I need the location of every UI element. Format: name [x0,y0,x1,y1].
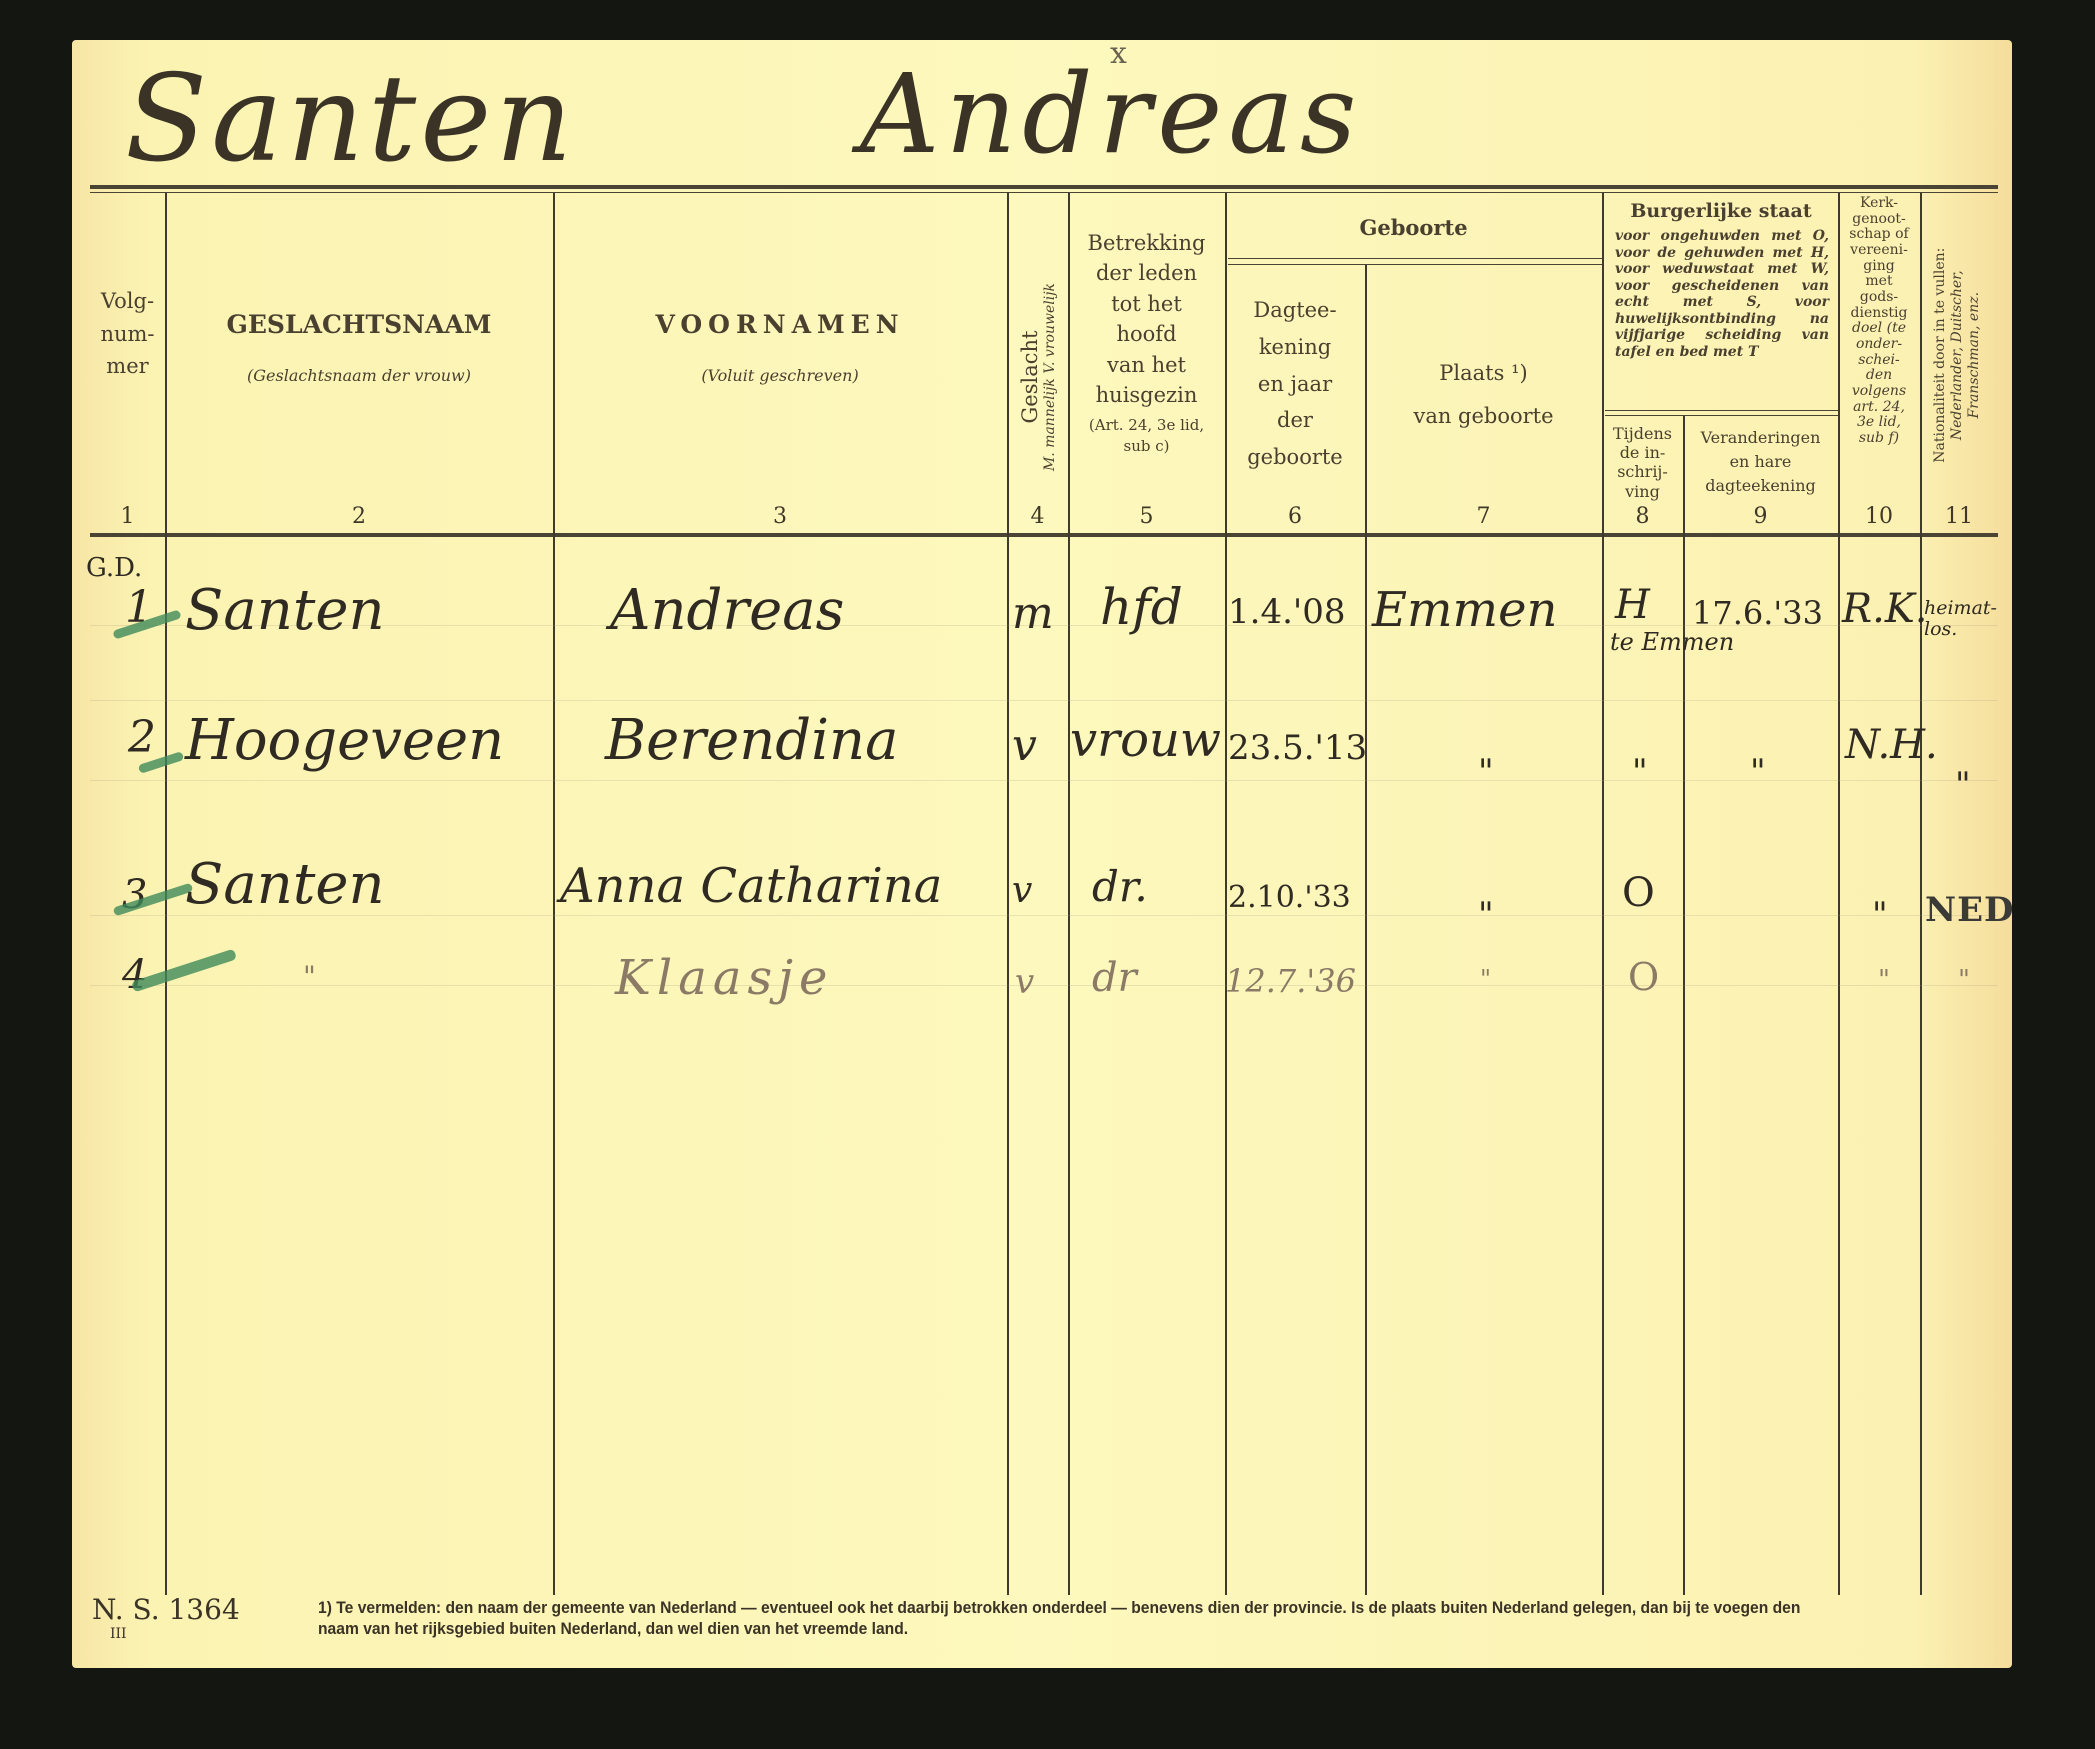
header-top-rule-thin [90,192,1998,193]
row-religion: " [1878,965,1890,995]
burgerlijke-rule-2 [1605,415,1838,416]
geboorte-rule [1228,258,1602,259]
col8-line: ving [1602,482,1683,501]
col-number: 1 [90,504,165,529]
col-divider [1683,415,1685,1595]
col10-line: 3e lid, [1838,415,1920,431]
col1-header: Volg- num- mer [90,285,165,383]
row-birth-place: " [1478,752,1494,792]
row-nationality: heimat-los. [1924,598,1996,640]
top-marker: x [1110,36,1127,71]
col8-line: Tijdens [1602,424,1683,443]
row-sex: m [1012,588,1054,639]
row-relation: vrouw [1070,712,1221,768]
ruled-line [90,780,1998,781]
row-birth-date: 23.5.'13 [1228,728,1367,768]
col8-line: de in- [1602,443,1683,462]
row-given-names: Anna Catharina [560,858,942,914]
col-number: 4 [1007,504,1068,529]
col-number: 11 [1920,504,1998,529]
row-surname: Santen [185,852,385,917]
col5-line: huisgezin [1068,380,1225,410]
nationality-stamp: NED [1925,890,2014,930]
row-relation: dr. [1092,862,1148,911]
col5-line: hoofd [1068,319,1225,349]
col10-line: volgens [1838,384,1920,400]
row-religion: " [1872,895,1888,935]
header-top-rule [90,185,1998,189]
burgerlijke-title: Burgerlijke staat [1606,200,1836,223]
col11-title: Nationaliteit door in te vullen: [1932,200,1949,510]
row-birth-date: 1.4.'08 [1228,592,1346,632]
row-number: 2 [128,712,156,763]
col-divider [1007,193,1009,1595]
col10-line: sub f) [1838,431,1920,447]
row-birth-date: 2.10.'33 [1228,880,1351,915]
col6-line: kening [1225,329,1365,366]
row-status-note: te Emmen [1610,628,1734,656]
row-sex: v [1012,720,1037,771]
col5-line: tot het [1068,289,1225,319]
row-nationality: " [1955,765,1971,805]
col10-line: den [1838,368,1920,384]
col6-line: Dagtee- [1225,292,1365,329]
col1-header-line: Volg- [90,285,165,318]
row-sex: v [1015,962,1034,1002]
col-number: 5 [1068,504,1225,529]
col10-line: doel (te [1838,321,1920,337]
row-surname: Hoogeveen [185,708,504,773]
row-religion: R.K. [1842,586,1927,632]
row-given-names: Andreas [610,578,844,643]
col11-header: Nationaliteit door in te vullen: Nederla… [1932,200,1982,510]
col6-line: en jaar [1225,366,1365,403]
row-religion: N.H. [1845,722,1938,768]
col10-header: Kerk- genoot- schap of vereeni- ging met… [1838,196,1920,447]
col8-header: Tijdens de in- schrij- ving [1602,424,1683,501]
col5-line: van het [1068,350,1225,380]
col-number: 2 [165,504,553,529]
col-divider [1602,193,1604,1595]
row-birth-place: Emmen [1372,582,1557,638]
row-birth-place: " [1478,895,1494,935]
col5-line: Betrekking [1068,228,1225,258]
col4-title: Geslacht [1018,217,1042,537]
col4-header: Geslacht M. mannelijk V. vrouwelijk [1018,217,1058,537]
col7-header: Plaats ¹) van geboorte [1365,352,1602,438]
col-number: 3 [553,504,1007,529]
col3-title: VOORNAMEN [553,310,1007,340]
form-number: N. S. 1364 [92,1593,240,1626]
form-sub: III [110,1626,240,1642]
col9-line: en hare [1683,450,1838,474]
burgerlijke-text: voor ongehuwden met O, voor de gehuwden … [1615,228,1829,360]
col11-subtitle: Nederlander, Duitscher, Franschman, enz. [1949,200,1983,510]
ruled-line [90,985,1998,986]
row-relation: dr [1092,955,1137,1001]
col-number: 10 [1838,504,1920,529]
col10-line: schei- [1838,353,1920,369]
col9-line: dagteekening [1683,474,1838,498]
col-divider [553,193,555,1595]
card-surname: Santen [125,50,577,189]
col-divider [1920,193,1922,1595]
col5-line: der leden [1068,258,1225,288]
col7-line: van geboorte [1365,395,1602,438]
footnote: 1) Te vermelden: den naam der gemeente v… [318,1597,1827,1640]
col10-line: onder- [1838,337,1920,353]
row-birth-date: 12.7.'36 [1225,962,1356,1000]
row-birth-place: " [1480,965,1491,993]
row-status: O [1628,955,1659,999]
col-number: 7 [1365,504,1602,529]
col10-line: met [1838,274,1920,290]
col2-title: GESLACHTSNAAM [165,310,553,340]
col10-line: art. 24, [1838,400,1920,416]
col8-line: schrij- [1602,462,1683,481]
ruled-line [90,700,1998,701]
row-nationality: " [1958,965,1970,995]
col-divider [1365,265,1367,1595]
col10-line: vereeni- [1838,243,1920,259]
col-number: 6 [1225,504,1365,529]
gd-annotation: G.D. [86,553,142,583]
geboorte-rule-2 [1228,264,1602,265]
row-status: H [1615,582,1650,628]
col3-subtitle: (Voluit geschreven) [553,366,1007,385]
col4-subtitle: M. mannelijk V. vrouwelijk [1042,217,1058,537]
row-status-change: " [1750,752,1766,792]
burgerlijke-rule [1605,410,1838,411]
row-status: O [1622,870,1655,916]
row-sex: v [1012,870,1032,911]
col10-line: Kerk- [1838,196,1920,212]
col1-header-line: mer [90,350,165,383]
row-given-names: Klaasje [615,950,833,1006]
col10-line: genoot- [1838,212,1920,228]
col9-header: Veranderingen en hare dagteekening [1683,426,1838,498]
col1-header-line: num- [90,318,165,351]
row-surname: Santen [185,578,385,643]
row-status-change: 17.6.'33 [1692,594,1823,632]
col7-line: Plaats ¹) [1365,352,1602,395]
col10-line: dienstig [1838,306,1920,322]
col10-line: schap of [1838,227,1920,243]
row-status: " [1632,752,1648,792]
col-number: 8 [1602,504,1683,529]
col6-header: Dagtee- kening en jaar der geboorte [1225,292,1365,476]
form-number-block: N. S. 1364 III [92,1593,240,1642]
col9-line: Veranderingen [1683,426,1838,450]
col5-note: (Art. 24, 3e lid, sub c) [1068,415,1225,459]
geboorte-header: Geboorte [1225,215,1602,240]
row-given-names: Berendina [605,708,898,773]
row-surname: " [303,960,316,993]
col2-subtitle: (Geslachtsnaam der vrouw) [165,366,553,385]
col-number: 9 [1683,504,1838,529]
col10-line: gods- [1838,290,1920,306]
col6-line: geboorte [1225,439,1365,476]
col10-line: ging [1838,259,1920,275]
col5-header: Betrekking der leden tot het hoofd van h… [1068,228,1225,458]
row-relation: hfd [1100,578,1183,636]
col6-line: der [1225,402,1365,439]
row-number: 4 [122,952,147,998]
